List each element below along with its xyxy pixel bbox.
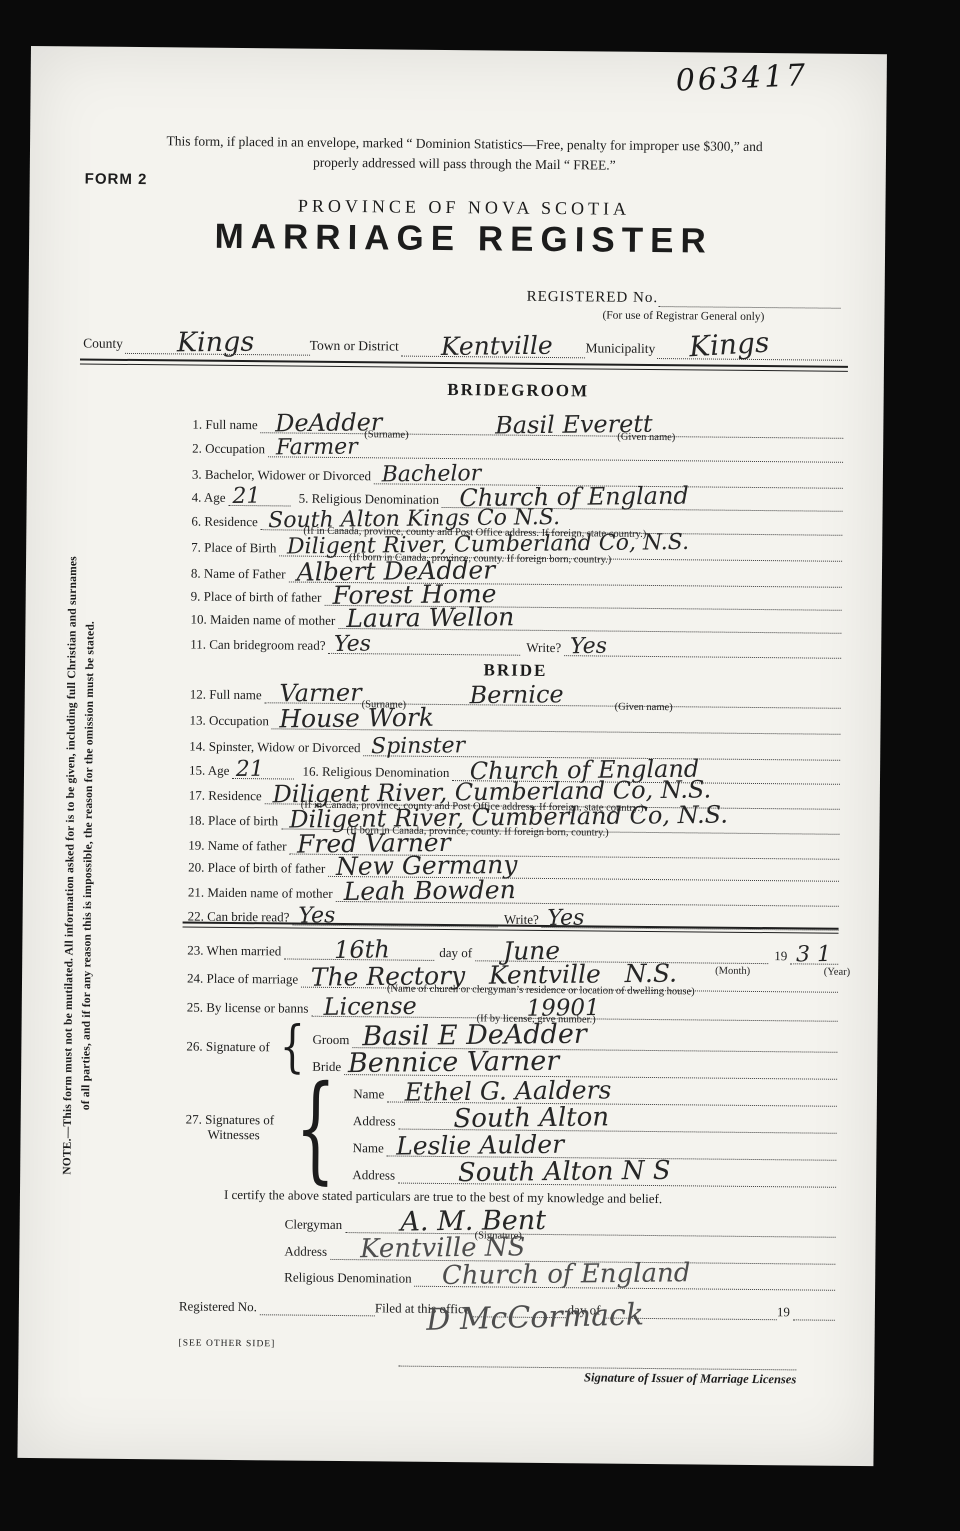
witness1-name-value: Ethel G. Aalders bbox=[405, 1077, 612, 1104]
see-other-side-label: [SEE OTHER SIDE] bbox=[179, 1338, 276, 1349]
witness1-address-value: South Alton bbox=[453, 1104, 609, 1132]
groom-read-value: Yes bbox=[334, 634, 371, 656]
town-label: Town or District bbox=[310, 338, 401, 357]
brace-witnesses: { bbox=[295, 1076, 337, 1181]
scan-background: 063417 This form, if placed in an envelo… bbox=[0, 0, 960, 1531]
registered-no-label: REGISTERED No. bbox=[527, 289, 659, 307]
issuer-signature-block: D McCormack Signature of Issuer of Marri… bbox=[398, 1306, 797, 1388]
registered-no-line bbox=[658, 290, 841, 309]
bride-signature-value: Bennice Varner bbox=[348, 1048, 560, 1077]
field-groom-mother: 10. Maiden name of mother Laura Wellon bbox=[190, 610, 841, 634]
registered-no-hint: (For use of Registrar General only) bbox=[526, 309, 840, 324]
field-couple-signatures: 26. Signature of { Groom Basil E DeAdder… bbox=[186, 1020, 837, 1080]
groom-age-value: 21 bbox=[232, 486, 260, 508]
page-title: MARRIAGE REGISTER bbox=[84, 216, 843, 263]
certification-statement: I certify the above stated particulars a… bbox=[224, 1187, 662, 1207]
bride-age-value: 21 bbox=[236, 759, 264, 781]
field-witness-signatures: 27. Signatures of Witnesses { Name Ethel… bbox=[185, 1074, 837, 1188]
marriage-register-page: 063417 This form, if placed in an envelo… bbox=[17, 46, 887, 1466]
bridegroom-heading: BRIDEGROOM bbox=[193, 378, 844, 404]
form-number-label: FORM 2 bbox=[85, 171, 148, 189]
bride-occupation-value: House Work bbox=[280, 705, 435, 732]
bride-mother-value: Leah Bowden bbox=[343, 877, 515, 904]
witness2-address-value: South Alton N S bbox=[458, 1158, 671, 1186]
field-bride-mother: 21. Maiden name of mother Leah Bowden bbox=[188, 883, 839, 907]
margin-note: NOTE.—This form must not be mutilated. A… bbox=[59, 555, 101, 1175]
registered-no-field: REGISTERED No. bbox=[527, 289, 841, 309]
witness2-address-row: Address South Alton N S bbox=[352, 1156, 836, 1188]
issuer-signature-value: D McCormack bbox=[426, 1296, 825, 1336]
field-groom-literacy: 11. Can bridegroom read? Yes Write? Yes bbox=[190, 635, 841, 659]
town-line: Kentville bbox=[401, 340, 586, 359]
mailing-notice: This form, if placed in an envelope, mar… bbox=[85, 131, 844, 177]
clergyman-denomination-value: Church of England bbox=[442, 1260, 691, 1289]
witness2-name-value: Leslie Aulder bbox=[396, 1132, 564, 1159]
municipality-line: Kings bbox=[657, 342, 842, 361]
bride-status-value: Spinster bbox=[371, 735, 465, 758]
field-groom-father-birthplace: 9. Place of birth of father Forest Home bbox=[191, 587, 842, 611]
county-label: County bbox=[83, 336, 125, 354]
groom-mother-value: Laura Wellon bbox=[346, 604, 514, 631]
county-line: Kings bbox=[125, 337, 310, 356]
issuer-signature-line bbox=[398, 1336, 796, 1371]
field-clergyman-denomination: Religious Denomination Church of England bbox=[284, 1267, 835, 1290]
registration-stamp-number: 063417 bbox=[675, 58, 809, 99]
marriage-year-value: 3 1 bbox=[796, 944, 831, 966]
county-district-municipality-row: County Kings Town or District Kentville … bbox=[83, 336, 842, 361]
witness1-address-row: Address South Alton bbox=[353, 1102, 837, 1134]
marriage-day-value: 16th bbox=[334, 937, 390, 962]
municipality-value: Kings bbox=[689, 329, 771, 362]
clergyman-address-value: Kentville NS bbox=[360, 1234, 525, 1262]
issuer-signature-label: Signature of Issuer of Marriage Licenses bbox=[398, 1369, 796, 1388]
municipality-label: Municipality bbox=[585, 340, 657, 359]
groom-write-value: Yes bbox=[570, 636, 607, 658]
town-value: Kentville bbox=[441, 333, 553, 359]
groom-occupation-value: Farmer bbox=[276, 436, 358, 459]
county-value: Kings bbox=[176, 329, 254, 357]
groom-status-value: Bachelor bbox=[382, 463, 482, 486]
